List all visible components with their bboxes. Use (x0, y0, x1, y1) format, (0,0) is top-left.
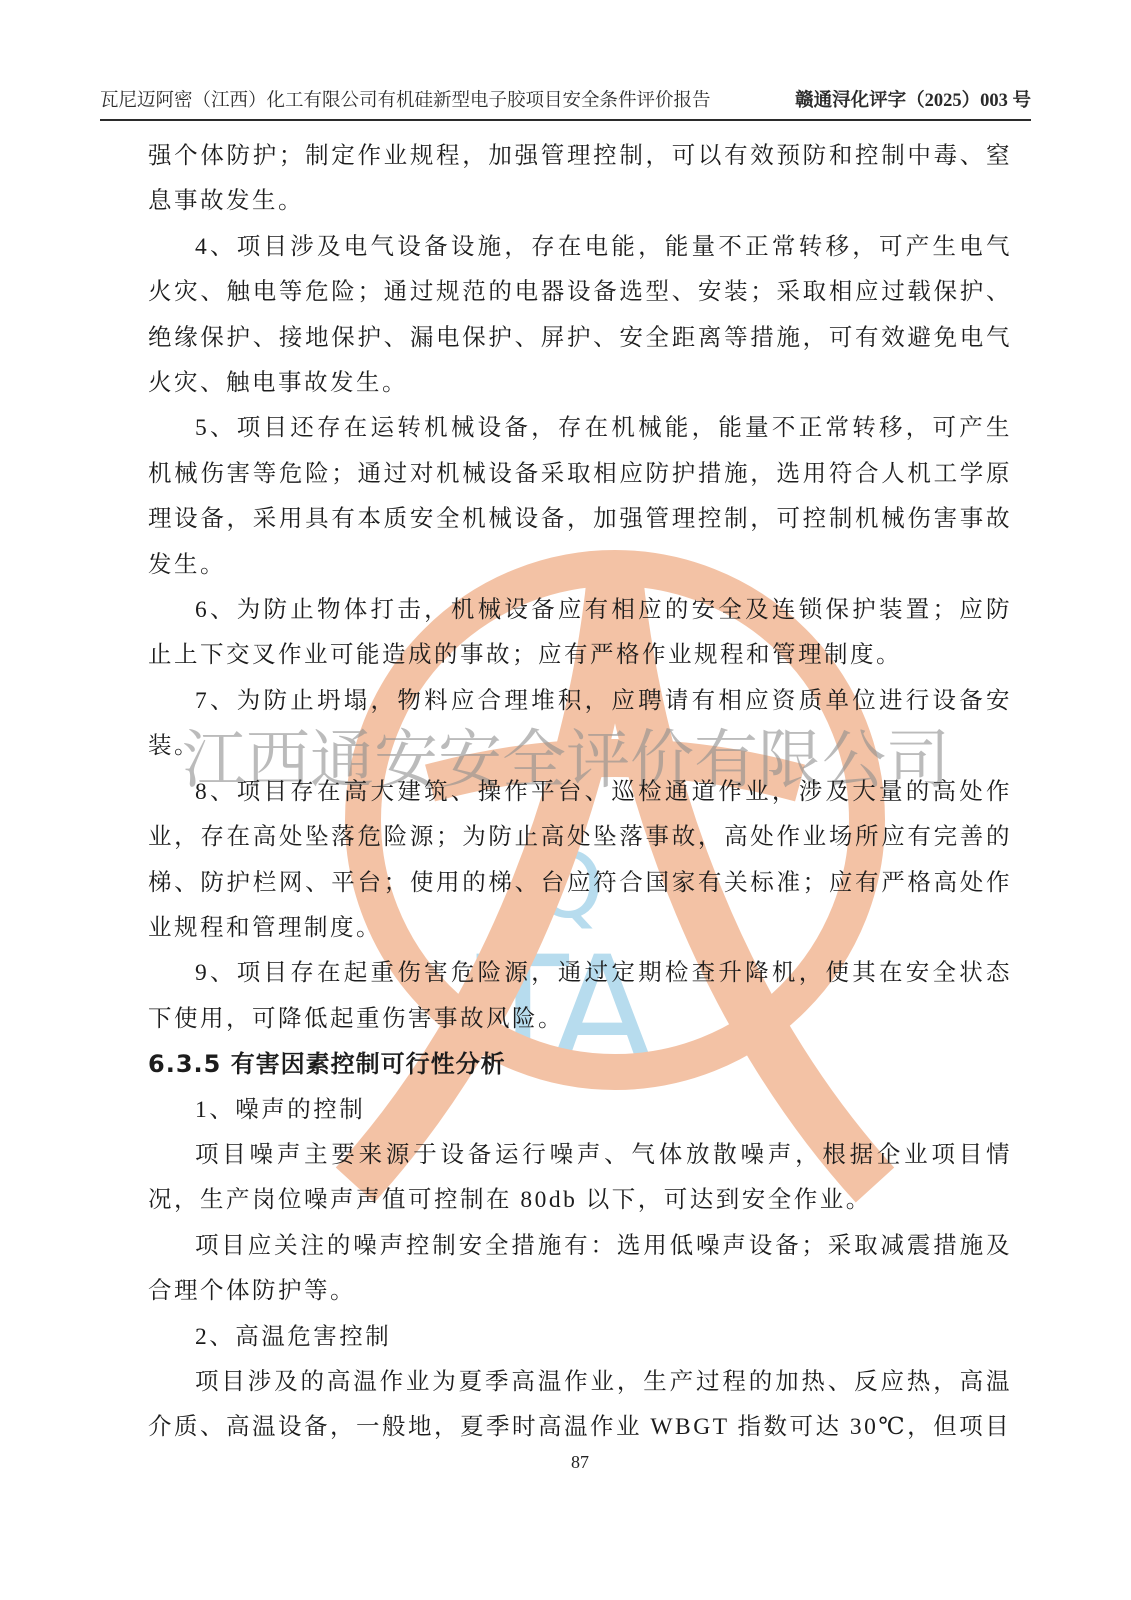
report-body: 强个体防护；制定作业规程，加强管理控制，可以有效预防和控制中毒、窒息事故发生。 … (148, 134, 1012, 1451)
page-header: 瓦尼迈阿密（江西）化工有限公司有机硅新型电子胶项目安全条件评价报告 赣通浔化评字… (100, 86, 1031, 121)
paragraph-heat-title: 2、高温危害控制 (148, 1315, 1012, 1360)
document-page: 瓦尼迈阿密（江西）化工有限公司有机硅新型电子胶项目安全条件评价报告 赣通浔化评字… (0, 0, 1131, 1600)
paragraph-item-8: 8、项目存在高大建筑、操作平台、巡检通道作业，涉及大量的高处作业，存在高处坠落危… (148, 770, 1012, 952)
paragraph-item-4: 4、项目涉及电气设备设施，存在电能，能量不正常转移，可产生电气火灾、触电等危险；… (148, 225, 1012, 407)
paragraph-item-6: 6、为防止物体打击，机械设备应有相应的安全及连锁保护装置；应防止上下交叉作业可能… (148, 588, 1012, 679)
paragraph-item-9: 9、项目存在起重伤害危险源，通过定期检查升降机，使其在安全状态下使用，可降低起重… (148, 951, 1012, 1042)
section-heading-6-3-5: 6.3.5 有害因素控制可行性分析 (148, 1042, 1012, 1087)
page-number: 87 (148, 1452, 1012, 1473)
paragraph-heat-detail: 项目涉及的高温作业为夏季高温作业，生产过程的加热、反应热，高温介质、高温设备，一… (148, 1360, 1012, 1451)
paragraph-continuation: 强个体防护；制定作业规程，加强管理控制，可以有效预防和控制中毒、窒息事故发生。 (148, 134, 1012, 225)
paragraph-item-5: 5、项目还存在运转机械设备，存在机械能，能量不正常转移，可产生机械伤害等危险；通… (148, 406, 1012, 588)
paragraph-noise-source: 项目噪声主要来源于设备运行噪声、气体放散噪声，根据企业项目情况，生产岗位噪声声值… (148, 1133, 1012, 1224)
header-report-title: 瓦尼迈阿密（江西）化工有限公司有机硅新型电子胶项目安全条件评价报告 (100, 86, 711, 112)
paragraph-noise-title: 1、噪声的控制 (148, 1088, 1012, 1133)
paragraph-item-7: 7、为防止坍塌，物料应合理堆积，应聘请有相应资质单位进行设备安装。 (148, 679, 1012, 770)
paragraph-noise-measure: 项目应关注的噪声控制安全措施有：选用低噪声设备；采取减震措施及合理个体防护等。 (148, 1224, 1012, 1315)
header-doc-number: 赣通浔化评字（2025）003 号 (795, 86, 1031, 112)
